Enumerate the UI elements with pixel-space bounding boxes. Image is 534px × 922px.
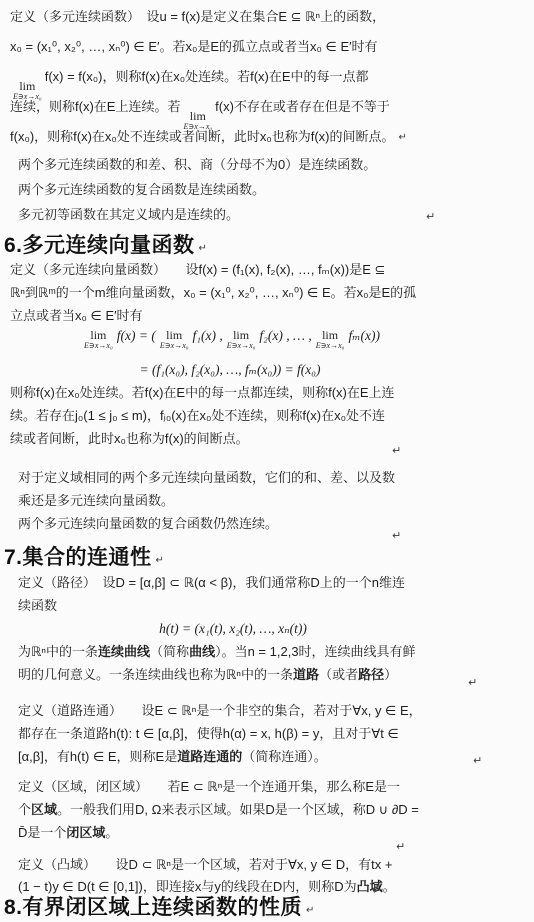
text-line: 两个多元连续向量函数的复合函数仍然连续。 [18,512,395,535]
paragraph-mark: ↵ [396,842,405,853]
text-line: [α,β]，有h(t) ∈ E，则称E是道路连通的（简称连通）。 [18,745,422,768]
paragraph-mark: ↵ [156,555,164,566]
lim-subscript: E∋x→x₀ [160,341,189,350]
text-run: (1 − t)y ∈ D(t ∈ [0,1])，即连接x与y的线段在D内，则称D… [18,879,357,894]
paragraph-mark: ↵ [392,531,401,542]
definition-paragraph-path-connected: 定义（道路连通） 设E ⊂ ℝⁿ是一个非空的集合，若对于∀x, y ∈ E， 都… [18,699,422,768]
text-line: 续。若存在j₀(1 ≤ j₀ ≤ m)，fⱼ₀(x)在x₀处不连续，则称f(x)… [10,404,450,427]
definition-paragraph-vector-function: 定义（多元连续向量函数） 设f(x) = (f₁(x), f₂(x), …, f… [10,258,450,450]
text-run: 对于定义域相同的两个多元连续向量函数，它们的和、差、以及数 [18,470,395,485]
properties-paragraph-vector-functions: 对于定义域相同的两个多元连续向量函数，它们的和、差、以及数 乘还是多元连续向量函… [18,466,395,535]
paragraph-mark: ↵ [199,243,207,254]
text-line: 定义（区域，闭区域） 若E ⊂ ℝⁿ是一个连通开集，那么称E是一 [18,775,419,798]
text-run: （简称 [150,644,189,659]
heading-text: 7.集合的连通性 [4,546,152,569]
text-run: 定义（路径） 设D = [α,β] ⊂ ℝ(α < β)，我们通常称D上的一个n… [18,575,405,590]
bold-term: 区域 [31,802,57,817]
lim-subscript: E∋x→x₀ [316,341,345,350]
text-run: 都存在一条道路h(t): t ∈ [α,β]，使得h(α) = x, h(β) … [18,726,399,741]
text-line: 立点或者当x₀ ∈ E′时有 [10,304,450,327]
math-run: f₂(x) , … , [259,329,311,343]
lim-word: lim [90,329,106,341]
paragraph-mark: ↵ [468,678,477,689]
text-run: f(x₀)，则称f(x)在x₀处不连续或者间断，此时x₀也称为f(x)的间断点。 [10,129,395,144]
math-run: fₘ(x)) [348,329,380,343]
paragraph-mark: ↵ [399,132,407,143]
text-run: 续。若存在j₀(1 ≤ j₀ ≤ m)，fⱼ₀(x)在x₀处不连续，则称f(x)… [10,408,385,423]
text-line: x₀ = (x₁⁰, x₂⁰, …, xₙ⁰) ∈ E′。若x₀是E的孤立点或者… [10,32,407,62]
text-run: 个 [18,802,31,817]
text-run: 为ℝⁿ中的一条 [18,644,98,659]
definition-paragraph-convex-domain: 定义（凸域） 设D ⊂ ℝⁿ是一个区域，若对于∀x, y ∈ D，有tx + (… [18,854,396,898]
text-run: [α,β]，有h(t) ∈ E，则称E是 [18,749,177,764]
text-line: 明的几何意义。一条连续曲线也称为ℝⁿ中的一条道路（或者路径） [18,663,448,686]
text-run: f(x) = f(x₀)，则称f(x)在x₀处连续。若f(x)在E中的每一点都 [45,69,369,84]
text-run: 定义（区域，闭区域） 若E ⊂ ℝⁿ是一个连通开集，那么称E是一 [18,779,400,794]
text-line: D̄是一个闭区域。 [18,821,419,844]
section-heading-7: 7.集合的连通性↵ [4,545,164,571]
math-run: h(t) = (x₁(t), x₂(t), …, xₙ(t)) [159,621,307,636]
display-equation-path: h(t) = (x₁(t), x₂(t), …, xₙ(t)) [18,617,448,640]
text-run: 明的几何意义。一条连续曲线也称为ℝⁿ中的一条 [18,667,293,682]
text-run: 连续，则称f(x)在E上连续。若 [10,99,180,114]
paragraph-mark: ↵ [473,756,482,767]
limit-notation: limE∋x→x₀ [316,329,345,350]
text-run: 定义（多元连续函数） 设u = f(x)是定义在集合E ⊆ ℝⁿ上的函数， [10,9,385,24]
text-run: 定义（道路连通） 设E ⊂ ℝⁿ是一个非空的集合，若对于∀x, y ∈ E， [18,703,422,718]
heading-text: 8.有界闭区域上连续函数的性质 [4,896,302,919]
text-run: ）。当n = 1,2,3时，连续曲线具有鲜 [215,644,415,659]
bold-term: 道路连通的 [177,749,242,764]
text-run: ℝⁿ到ℝᵐ的一个m维向量函数，x₀ = (x₁⁰, x₂⁰, …, xₙ⁰) ∈… [10,285,416,300]
definition-paragraph-region: 定义（区域，闭区域） 若E ⊂ ℝⁿ是一个连通开集，那么称E是一 个区域。一般我… [18,775,419,844]
text-line: 两个多元连续函数的复合函数是连续函数。 [18,177,376,202]
text-line: ℝⁿ到ℝᵐ的一个m维向量函数，x₀ = (x₁⁰, x₂⁰, …, xₙ⁰) ∈… [10,281,450,304]
text-line: 多元初等函数在其定义域内是连续的。 [18,202,376,227]
paragraph-mark: ↵ [426,212,435,223]
text-run: 两个多元连续函数的复合函数是连续函数。 [18,182,265,197]
text-run: 定义（凸域） 设D ⊂ ℝⁿ是一个区域，若对于∀x, y ∈ D，有tx + [18,857,392,872]
bold-term: 路径 [358,667,384,682]
section-heading-6: 6.多元连续向量函数↵ [4,233,207,259]
bold-term: 连续曲线 [98,644,150,659]
text-line: 续或者间断，此时x₀也称为f(x)的间断点。 [10,427,450,450]
display-equation-limit-vector: limE∋x→x₀ f(x) = ( limE∋x→x₀ f₁(x) , lim… [10,327,450,359]
text-line: 定义（多元连续函数） 设u = f(x)是定义在集合E ⊆ ℝⁿ上的函数， [10,2,407,32]
lim-word: lim [233,329,249,341]
text-run: x₀ = (x₁⁰, x₂⁰, …, xₙ⁰) ∈ E′。若x₀是E的孤立点或者… [10,39,378,54]
lim-word: lim [19,80,35,92]
definition-paragraph-continuous-function: 定义（多元连续函数） 设u = f(x)是定义在集合E ⊆ ℝⁿ上的函数， x₀… [10,2,407,152]
text-run: 续或者间断，此时x₀也称为f(x)的间断点。 [10,431,249,446]
text-line: 两个多元连续函数的和差、积、商（分母不为0）是连续函数。 [18,152,376,177]
text-line: 续函数 [18,594,448,617]
text-line: 定义（多元连续向量函数） 设f(x) = (f₁(x), f₂(x), …, f… [10,258,450,281]
heading-text: 6.多元连续向量函数 [4,234,195,257]
limit-notation: limE∋x→x₀ [84,329,113,350]
text-line: 乘还是多元连续向量函数。 [18,489,395,512]
text-line: 定义（道路连通） 设E ⊂ ℝⁿ是一个非空的集合，若对于∀x, y ∈ E， [18,699,422,722]
lim-subscript: E∋x→x₀ [227,341,256,350]
text-run: f(x)不存在或者存在但是不等于 [215,99,390,114]
paragraph-mark: ↵ [306,905,314,916]
text-line: 个区域。一般我们用D, Ω来表示区域。如果D是一个区域，称D ∪ ∂D = [18,798,419,821]
text-run: 则称f(x)在x₀处连续。若f(x)在E中的每一点都连续，则称f(x)在E上连 [10,385,395,400]
text-line: 定义（路径） 设D = [α,β] ⊂ ℝ(α < β)，我们通常称D上的一个n… [18,571,448,594]
text-run: 。 [383,879,396,894]
text-run: ） [384,667,397,682]
text-run: （简称连通）。 [242,749,327,764]
bold-term: 道路 [293,667,319,682]
section-heading-8: 8.有界闭区域上连续函数的性质↵ [4,895,314,921]
text-run: 定义（多元连续向量函数） 设f(x) = (f₁(x), f₂(x), …, f… [10,262,385,277]
text-run: 。一般我们用D, Ω来表示区域。如果D是一个区域，称D ∪ ∂D = [57,802,419,817]
paragraph-mark: ↵ [392,446,401,457]
lim-subscript: E∋x→x₀ [84,341,113,350]
math-run: = (f₁(x₀), f₂(x₀), …, fₘ(x₀)) = f(x₀) [140,362,321,377]
lim-word: lim [322,329,338,341]
bold-term: 曲线 [189,644,215,659]
bold-term: 闭区域 [66,825,105,840]
text-run: 多元初等函数在其定义域内是连续的。 [18,207,239,222]
limit-notation: limE∋x→x₀ [227,329,256,350]
text-run: 乘还是多元连续向量函数。 [18,493,174,508]
text-run: 两个多元连续函数的和差、积、商（分母不为0）是连续函数。 [18,157,376,172]
text-line: 都存在一条道路h(t): t ∈ [α,β]，使得h(α) = x, h(β) … [18,722,422,745]
lim-word: lim [190,110,206,122]
text-line: f(x₀)，则称f(x)在x₀处不连续或者间断，此时x₀也称为f(x)的间断点。… [10,122,407,152]
math-run: f(x) = ( [117,329,156,343]
text-line: 则称f(x)在x₀处连续。若f(x)在E中的每一点都连续，则称f(x)在E上连 [10,381,450,404]
text-line: 连续，则称f(x)在E上连续。若limE∋x→x₀f(x)不存在或者存在但是不等… [10,92,407,122]
text-run: 续函数 [18,598,57,613]
paragraph-mark: ↵ [372,886,381,897]
lim-word: lim [166,329,182,341]
display-equation-continued: = (f₁(x₀), f₂(x₀), …, fₘ(x₀)) = f(x₀) [10,359,450,381]
text-line: limE∋x→x₀f(x) = f(x₀)，则称f(x)在x₀处连续。若f(x)… [10,62,407,92]
text-line: 对于定义域相同的两个多元连续向量函数，它们的和、差、以及数 [18,466,395,489]
text-line: 定义（凸域） 设D ⊂ ℝⁿ是一个区域，若对于∀x, y ∈ D，有tx + [18,854,396,876]
text-run: 。 [105,825,118,840]
text-line: 为ℝⁿ中的一条连续曲线（简称曲线）。当n = 1,2,3时，连续曲线具有鲜 [18,640,448,663]
definition-paragraph-path: 定义（路径） 设D = [α,β] ⊂ ℝ(α < β)，我们通常称D上的一个n… [18,571,448,686]
text-run: D̄是一个 [18,825,66,840]
text-run: 两个多元连续向量函数的复合函数仍然连续。 [18,516,278,531]
properties-paragraph-continuous-functions: 两个多元连续函数的和差、积、商（分母不为0）是连续函数。 两个多元连续函数的复合… [18,152,376,227]
limit-notation: limE∋x→x₀ [160,329,189,350]
text-run: （或者 [319,667,358,682]
text-run: 立点或者当x₀ ∈ E′时有 [10,308,143,323]
math-run: f₁(x) , [193,329,223,343]
